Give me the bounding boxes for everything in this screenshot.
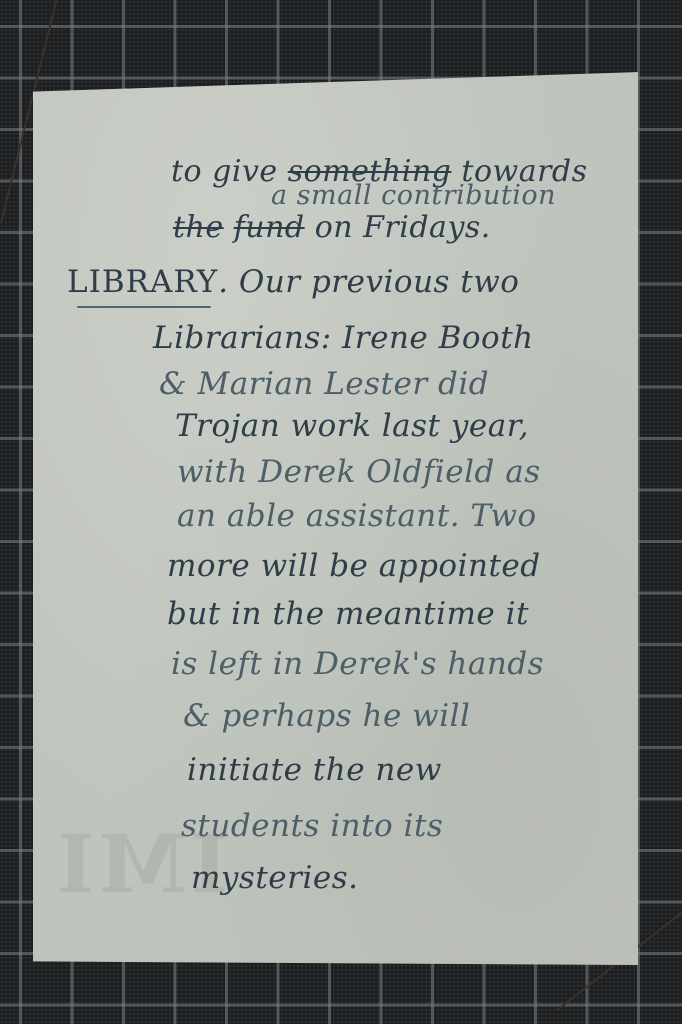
handwritten-line-15: students into its	[181, 808, 443, 844]
handwritten-line-5: Librarians: Irene Booth	[153, 320, 534, 356]
handwritten-line-14: initiate the new	[187, 752, 442, 788]
handwritten-page: IMI to give something towards a small co…	[33, 72, 638, 965]
handwritten-line-4: LIBRARY. Our previous two	[67, 264, 519, 300]
line-text: to give	[171, 154, 278, 189]
handwritten-line-6: & Marian Lester did	[159, 366, 489, 402]
line-text: . Our previous two	[218, 264, 519, 300]
handwritten-line-10: more will be appointed	[167, 548, 541, 584]
handwritten-line-12: is left in Derek's hands	[171, 646, 544, 682]
handwritten-insertion: a small contribution	[271, 180, 556, 211]
struck-text: fund	[234, 210, 305, 245]
handwritten-line-3: the fund on Fridays.	[173, 210, 491, 245]
heading-underline	[77, 306, 211, 308]
handwritten-line-7: Trojan work last year,	[175, 408, 529, 444]
handwritten-line-8: with Derek Oldfield as	[177, 454, 541, 490]
handwritten-line-9: an able assistant. Two	[177, 498, 537, 534]
line-text: on Fridays.	[315, 210, 491, 245]
handwritten-line-11: but in the meantime it	[167, 596, 529, 632]
library-heading: LIBRARY	[67, 264, 218, 300]
handwritten-line-13: & perhaps he will	[183, 698, 470, 734]
line-text: the	[173, 210, 224, 245]
handwritten-line-16: mysteries.	[191, 860, 358, 896]
